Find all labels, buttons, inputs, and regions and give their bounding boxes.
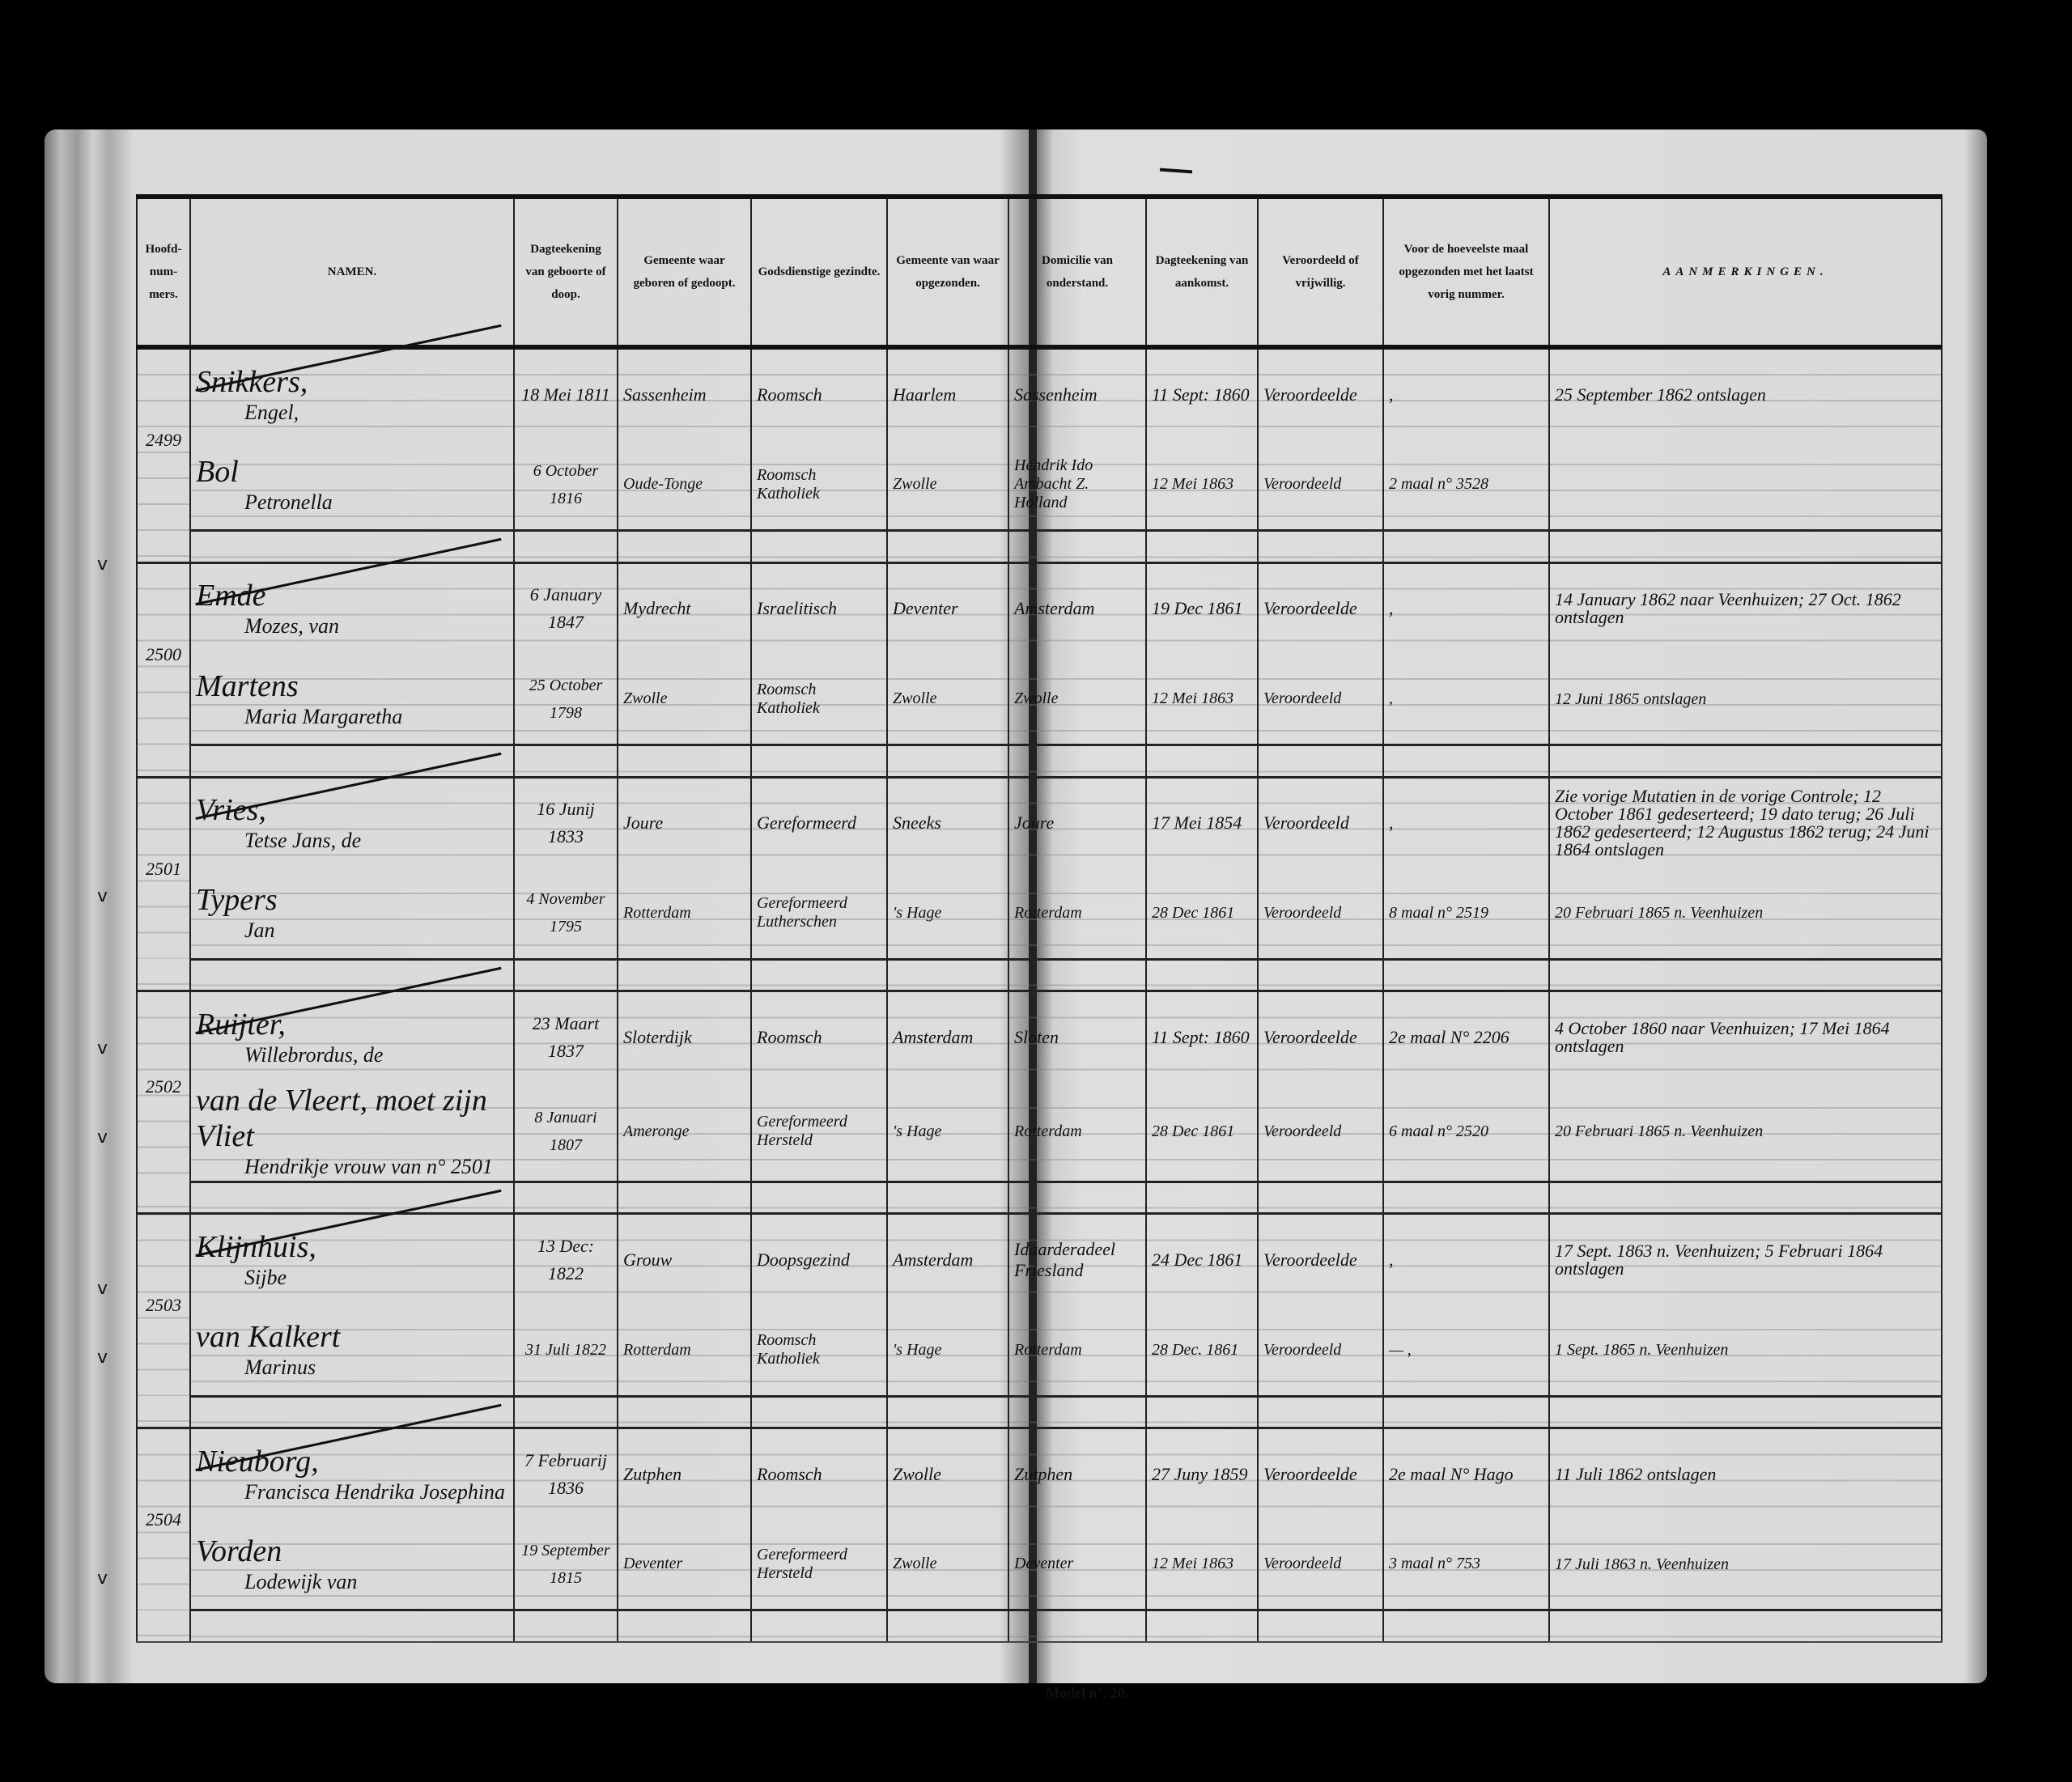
religion: Roomsch	[751, 991, 887, 1083]
birth-date: 31 Juli 1822	[514, 1305, 618, 1396]
arrival-date: 11 Sept: 1860	[1146, 347, 1258, 439]
status: Veroordeelde	[1258, 1428, 1383, 1520]
birthplace: Ameronge	[618, 1083, 751, 1182]
table-row: Vorden Lodewijk van 19 September 1815 De…	[137, 1519, 1942, 1610]
remarks: 4 October 1860 naar Veenhuizen; 17 Mei 1…	[1549, 991, 1942, 1083]
sent-from: Zwolle	[887, 654, 1008, 745]
domicile: Sassenheim	[1008, 347, 1146, 439]
surname: Snikkers,	[196, 364, 508, 400]
sent-from: Zwolle	[887, 439, 1008, 531]
status: Veroordeeld	[1258, 439, 1383, 531]
name-cell-struck: Vries, Tetse Jans, de	[190, 777, 514, 868]
given-name: Willebrordus, de	[196, 1042, 508, 1068]
status: Veroordeelde	[1258, 562, 1383, 654]
arrival-date: 28 Dec. 1861	[1146, 1305, 1258, 1396]
given-name: Tetse Jans, de	[196, 828, 508, 854]
given-name: Francisca Hendrika Josephina	[196, 1479, 508, 1505]
arrival-date: 28 Dec 1861	[1146, 868, 1258, 960]
birth-date: 4 November 1795	[514, 868, 618, 960]
remarks: 17 Sept. 1863 n. Veenhuizen; 5 Februari …	[1549, 1214, 1942, 1305]
given-name: Petronella	[196, 490, 508, 516]
entry-number: 2501	[137, 777, 190, 959]
name-cell: Bol Petronella	[190, 439, 514, 531]
birthplace: Sassenheim	[618, 347, 751, 439]
birthplace: Sloterdijk	[618, 991, 751, 1083]
times-sent: 8 maal n° 2519	[1383, 868, 1549, 960]
times-sent: ,	[1383, 654, 1549, 745]
domicile: Zutphen	[1008, 1428, 1146, 1520]
religion: Doopsgezind	[751, 1214, 887, 1305]
times-sent: 2e maal N° Hago	[1383, 1428, 1549, 1520]
status: Veroordeeld	[1258, 654, 1383, 745]
table-row: 2503 Klijnhuis, Sijbe 13 Dec: 1822 Grouw…	[137, 1214, 1942, 1305]
header-veroordeeld: Veroordeeld of vrijwillig.	[1258, 197, 1383, 347]
header-row: Hoofd-num-mers. NAMEN. Dagteekening van …	[137, 197, 1942, 347]
table-row: van Kalkert Marinus 31 Juli 1822 Rotterd…	[137, 1305, 1942, 1396]
status: Veroordeeld	[1258, 777, 1383, 868]
birthplace: Rotterdam	[618, 868, 751, 960]
name-cell-struck: Klijnhuis, Sijbe	[190, 1214, 514, 1305]
arrival-date: 12 Mei 1863	[1146, 439, 1258, 531]
table-row: 2501 Vries, Tetse Jans, de 16 Junij 1833…	[137, 777, 1942, 868]
times-sent: — ,	[1383, 1305, 1549, 1396]
sent-from: 's Hage	[887, 1083, 1008, 1182]
religion: Roomsch	[751, 347, 887, 439]
given-name: Hendrikje vrouw van n° 2501	[196, 1154, 508, 1180]
entry-number: 2500	[137, 562, 190, 745]
domicile: Hendrik Ido Ambacht Z. Holland	[1008, 439, 1146, 531]
header-aanmerkingen: AANMERKINGEN.	[1549, 197, 1942, 347]
religion: Roomsch Katholiek	[751, 439, 887, 531]
times-sent: 6 maal n° 2520	[1383, 1083, 1549, 1182]
sent-from: Amsterdam	[887, 991, 1008, 1083]
arrival-date: 11 Sept: 1860	[1146, 991, 1258, 1083]
table-row: Martens Maria Margaretha 25 October 1798…	[137, 654, 1942, 745]
table-row: Typers Jan 4 November 1795 Rotterdam Ger…	[137, 868, 1942, 960]
remarks: 11 Juli 1862 ontslagen	[1549, 1428, 1942, 1520]
times-sent: 2e maal N° 2206	[1383, 991, 1549, 1083]
remarks	[1549, 439, 1942, 531]
table-row: 2504 Nieuborg, Francisca Hendrika Joseph…	[137, 1428, 1942, 1520]
header-godsdienstige: Godsdienstige gezindte.	[751, 197, 887, 347]
birthplace: Zwolle	[618, 654, 751, 745]
times-sent: ,	[1383, 562, 1549, 654]
name-cell-struck: Snikkers, Engel,	[190, 347, 514, 439]
status: Veroordeeld	[1258, 1519, 1383, 1610]
header-hoeveelste-maal: Voor de hoeveelste maal opgezonden met h…	[1383, 197, 1549, 347]
entry-number: 2502	[137, 991, 190, 1182]
surname: Bol	[196, 454, 508, 490]
domicile: Deventer	[1008, 1519, 1146, 1610]
arrival-date: 24 Dec 1861	[1146, 1214, 1258, 1305]
name-cell: van de Vleert, moet zijn Vliet Hendrikje…	[190, 1083, 514, 1182]
sent-from: Zwolle	[887, 1428, 1008, 1520]
status: Veroordeelde	[1258, 347, 1383, 439]
domicile: Sloten	[1008, 991, 1146, 1083]
remarks: Zie vorige Mutatien in de vorige Control…	[1549, 777, 1942, 868]
surname: van Kalkert	[196, 1319, 508, 1355]
name-cell: Typers Jan	[190, 868, 514, 960]
given-name: Jan	[196, 918, 508, 944]
status: Veroordeeld	[1258, 1305, 1383, 1396]
given-name: Sijbe	[196, 1265, 508, 1291]
religion: Roomsch	[751, 1428, 887, 1520]
check-mark-icon: v	[97, 554, 108, 575]
entry-number: 2504	[137, 1428, 190, 1610]
birth-date: 25 October 1798	[514, 654, 618, 745]
arrival-date: 28 Dec 1861	[1146, 1083, 1258, 1182]
domicile: Joure	[1008, 777, 1146, 868]
surname: Klijnhuis,	[196, 1229, 508, 1265]
times-sent: ,	[1383, 777, 1549, 868]
model-number-footer: Model n°. 20.	[1046, 1685, 1128, 1702]
surname: Vorden	[196, 1534, 508, 1569]
name-cell-struck: Ruijter, Willebrordus, de	[190, 991, 514, 1083]
check-mark-icon: v	[97, 1038, 108, 1059]
times-sent: 2 maal n° 3528	[1383, 439, 1549, 531]
table-row: 2502 Ruijter, Willebrordus, de 23 Maart …	[137, 991, 1942, 1083]
register-table: Hoofd-num-mers. NAMEN. Dagteekening van …	[136, 194, 1942, 1643]
name-cell: Vorden Lodewijk van	[190, 1519, 514, 1610]
given-name: Mozes, van	[196, 613, 508, 639]
birthplace: Grouw	[618, 1214, 751, 1305]
times-sent: ,	[1383, 347, 1549, 439]
remarks: 17 Juli 1863 n. Veenhuizen	[1549, 1519, 1942, 1610]
check-mark-icon: v	[97, 1279, 108, 1299]
given-name: Lodewijk van	[196, 1569, 508, 1595]
check-mark-icon: v	[97, 1568, 108, 1589]
birthplace: Zutphen	[618, 1428, 751, 1520]
sent-from: Haarlem	[887, 347, 1008, 439]
remarks: 25 September 1862 ontslagen	[1549, 347, 1942, 439]
birth-date: 13 Dec: 1822	[514, 1214, 618, 1305]
domicile: Amsterdam	[1008, 562, 1146, 654]
remarks: 20 Februari 1865 n. Veenhuizen	[1549, 1083, 1942, 1182]
check-mark-icon: v	[97, 1127, 108, 1148]
surname: Ruijter,	[196, 1007, 508, 1042]
surname: Typers	[196, 882, 508, 918]
table-row: van de Vleert, moet zijn Vliet Hendrikje…	[137, 1083, 1942, 1182]
remarks: 1 Sept. 1865 n. Veenhuizen	[1549, 1305, 1942, 1396]
surname: Martens	[196, 668, 508, 704]
surname: Emde	[196, 578, 508, 613]
religion: Roomsch Katholiek	[751, 1305, 887, 1396]
surname: Nieuborg,	[196, 1444, 508, 1479]
birthplace: Mydrecht	[618, 562, 751, 654]
sent-from: 's Hage	[887, 1305, 1008, 1396]
name-cell-struck: Emde Mozes, van	[190, 562, 514, 654]
spacer-row	[137, 1610, 1942, 1642]
status: Veroordeeld	[1258, 1083, 1383, 1182]
birth-date: 6 January 1847	[514, 562, 618, 654]
arrival-date: 19 Dec 1861	[1146, 562, 1258, 654]
header-hoofdnummers: Hoofd-num-mers.	[137, 197, 190, 347]
birth-date: 19 September 1815	[514, 1519, 618, 1610]
sent-from: Amsterdam	[887, 1214, 1008, 1305]
domicile: Rotterdam	[1008, 1305, 1146, 1396]
birthplace: Deventer	[618, 1519, 751, 1610]
religion: Gereformeerd Lutherschen	[751, 868, 887, 960]
birth-date: 8 Januari 1807	[514, 1083, 618, 1182]
arrival-date: 12 Mei 1863	[1146, 1519, 1258, 1610]
status: Veroordeelde	[1258, 1214, 1383, 1305]
domicile: Rotterdam	[1008, 868, 1146, 960]
sent-from: Zwolle	[887, 1519, 1008, 1610]
religion: Roomsch Katholiek	[751, 654, 887, 745]
name-cell: Martens Maria Margaretha	[190, 654, 514, 745]
birth-date: 18 Mei 1811	[514, 347, 618, 439]
birth-date: 6 October 1816	[514, 439, 618, 531]
given-name: Maria Margaretha	[196, 704, 508, 730]
check-mark-icon: v	[97, 886, 108, 906]
times-sent: ,	[1383, 1214, 1549, 1305]
domicile: Rotterdam	[1008, 1083, 1146, 1182]
religion: Gereformeerd Hersteld	[751, 1083, 887, 1182]
domicile: Zwolle	[1008, 654, 1146, 745]
birthplace: Rotterdam	[618, 1305, 751, 1396]
religion: Gereformeerd	[751, 777, 887, 868]
given-name: Marinus	[196, 1355, 508, 1381]
check-mark-icon: v	[97, 1347, 108, 1368]
remarks: 20 Februari 1865 n. Veenhuizen	[1549, 868, 1942, 960]
sent-from: Sneeks	[887, 777, 1008, 868]
remarks: 14 January 1862 naar Veenhuizen; 27 Oct.…	[1549, 562, 1942, 654]
religion: Israelitisch	[751, 562, 887, 654]
entry-number: 2503	[137, 1214, 190, 1396]
header-dagteekening-aankomst: Dagteekening van aankomst.	[1146, 197, 1258, 347]
status: Veroordeelde	[1258, 991, 1383, 1083]
name-cell: van Kalkert Marinus	[190, 1305, 514, 1396]
birth-date: 23 Maart 1837	[514, 991, 618, 1083]
times-sent: 3 maal n° 753	[1383, 1519, 1549, 1610]
arrival-date: 27 Juny 1859	[1146, 1428, 1258, 1520]
table-row: Bol Petronella 6 October 1816 Oude-Tonge…	[137, 439, 1942, 531]
domicile: Idaarderadeel Friesland	[1008, 1214, 1146, 1305]
header-namen: NAMEN.	[190, 197, 514, 347]
arrival-date: 17 Mei 1854	[1146, 777, 1258, 868]
entry-number: 2499	[137, 347, 190, 531]
religion: Gereformeerd Hersteld	[751, 1519, 887, 1610]
header-gemeente-opgezonden: Gemeente van waar opgezonden.	[887, 197, 1008, 347]
sent-from: 's Hage	[887, 868, 1008, 960]
arrival-date: 12 Mei 1863	[1146, 654, 1258, 745]
birthplace: Joure	[618, 777, 751, 868]
birth-date: 16 Junij 1833	[514, 777, 618, 868]
register-table-container: Hoofd-num-mers. NAMEN. Dagteekening van …	[136, 194, 1942, 1643]
birthplace: Oude-Tonge	[618, 439, 751, 531]
birth-date: 7 Februarij 1836	[514, 1428, 618, 1520]
header-domicilie: Domicilie van onderstand.	[1008, 197, 1146, 347]
table-row: 2500 Emde Mozes, van 6 January 1847 Mydr…	[137, 562, 1942, 654]
given-name: Engel,	[196, 400, 508, 426]
header-gemeente-geboren: Gemeente waar geboren of gedoopt.	[618, 197, 751, 347]
header-dagteekening-geboorte: Dagteekening van geboorte of doop.	[514, 197, 618, 347]
sent-from: Deventer	[887, 562, 1008, 654]
table-row: 2499 Snikkers, Engel, 18 Mei 1811 Sassen…	[137, 347, 1942, 439]
name-cell-struck: Nieuborg, Francisca Hendrika Josephina	[190, 1428, 514, 1520]
remarks: 12 Juni 1865 ontslagen	[1549, 654, 1942, 745]
status: Veroordeeld	[1258, 868, 1383, 960]
surname: van de Vleert, moet zijn Vliet	[196, 1083, 508, 1154]
surname: Vries,	[196, 792, 508, 828]
